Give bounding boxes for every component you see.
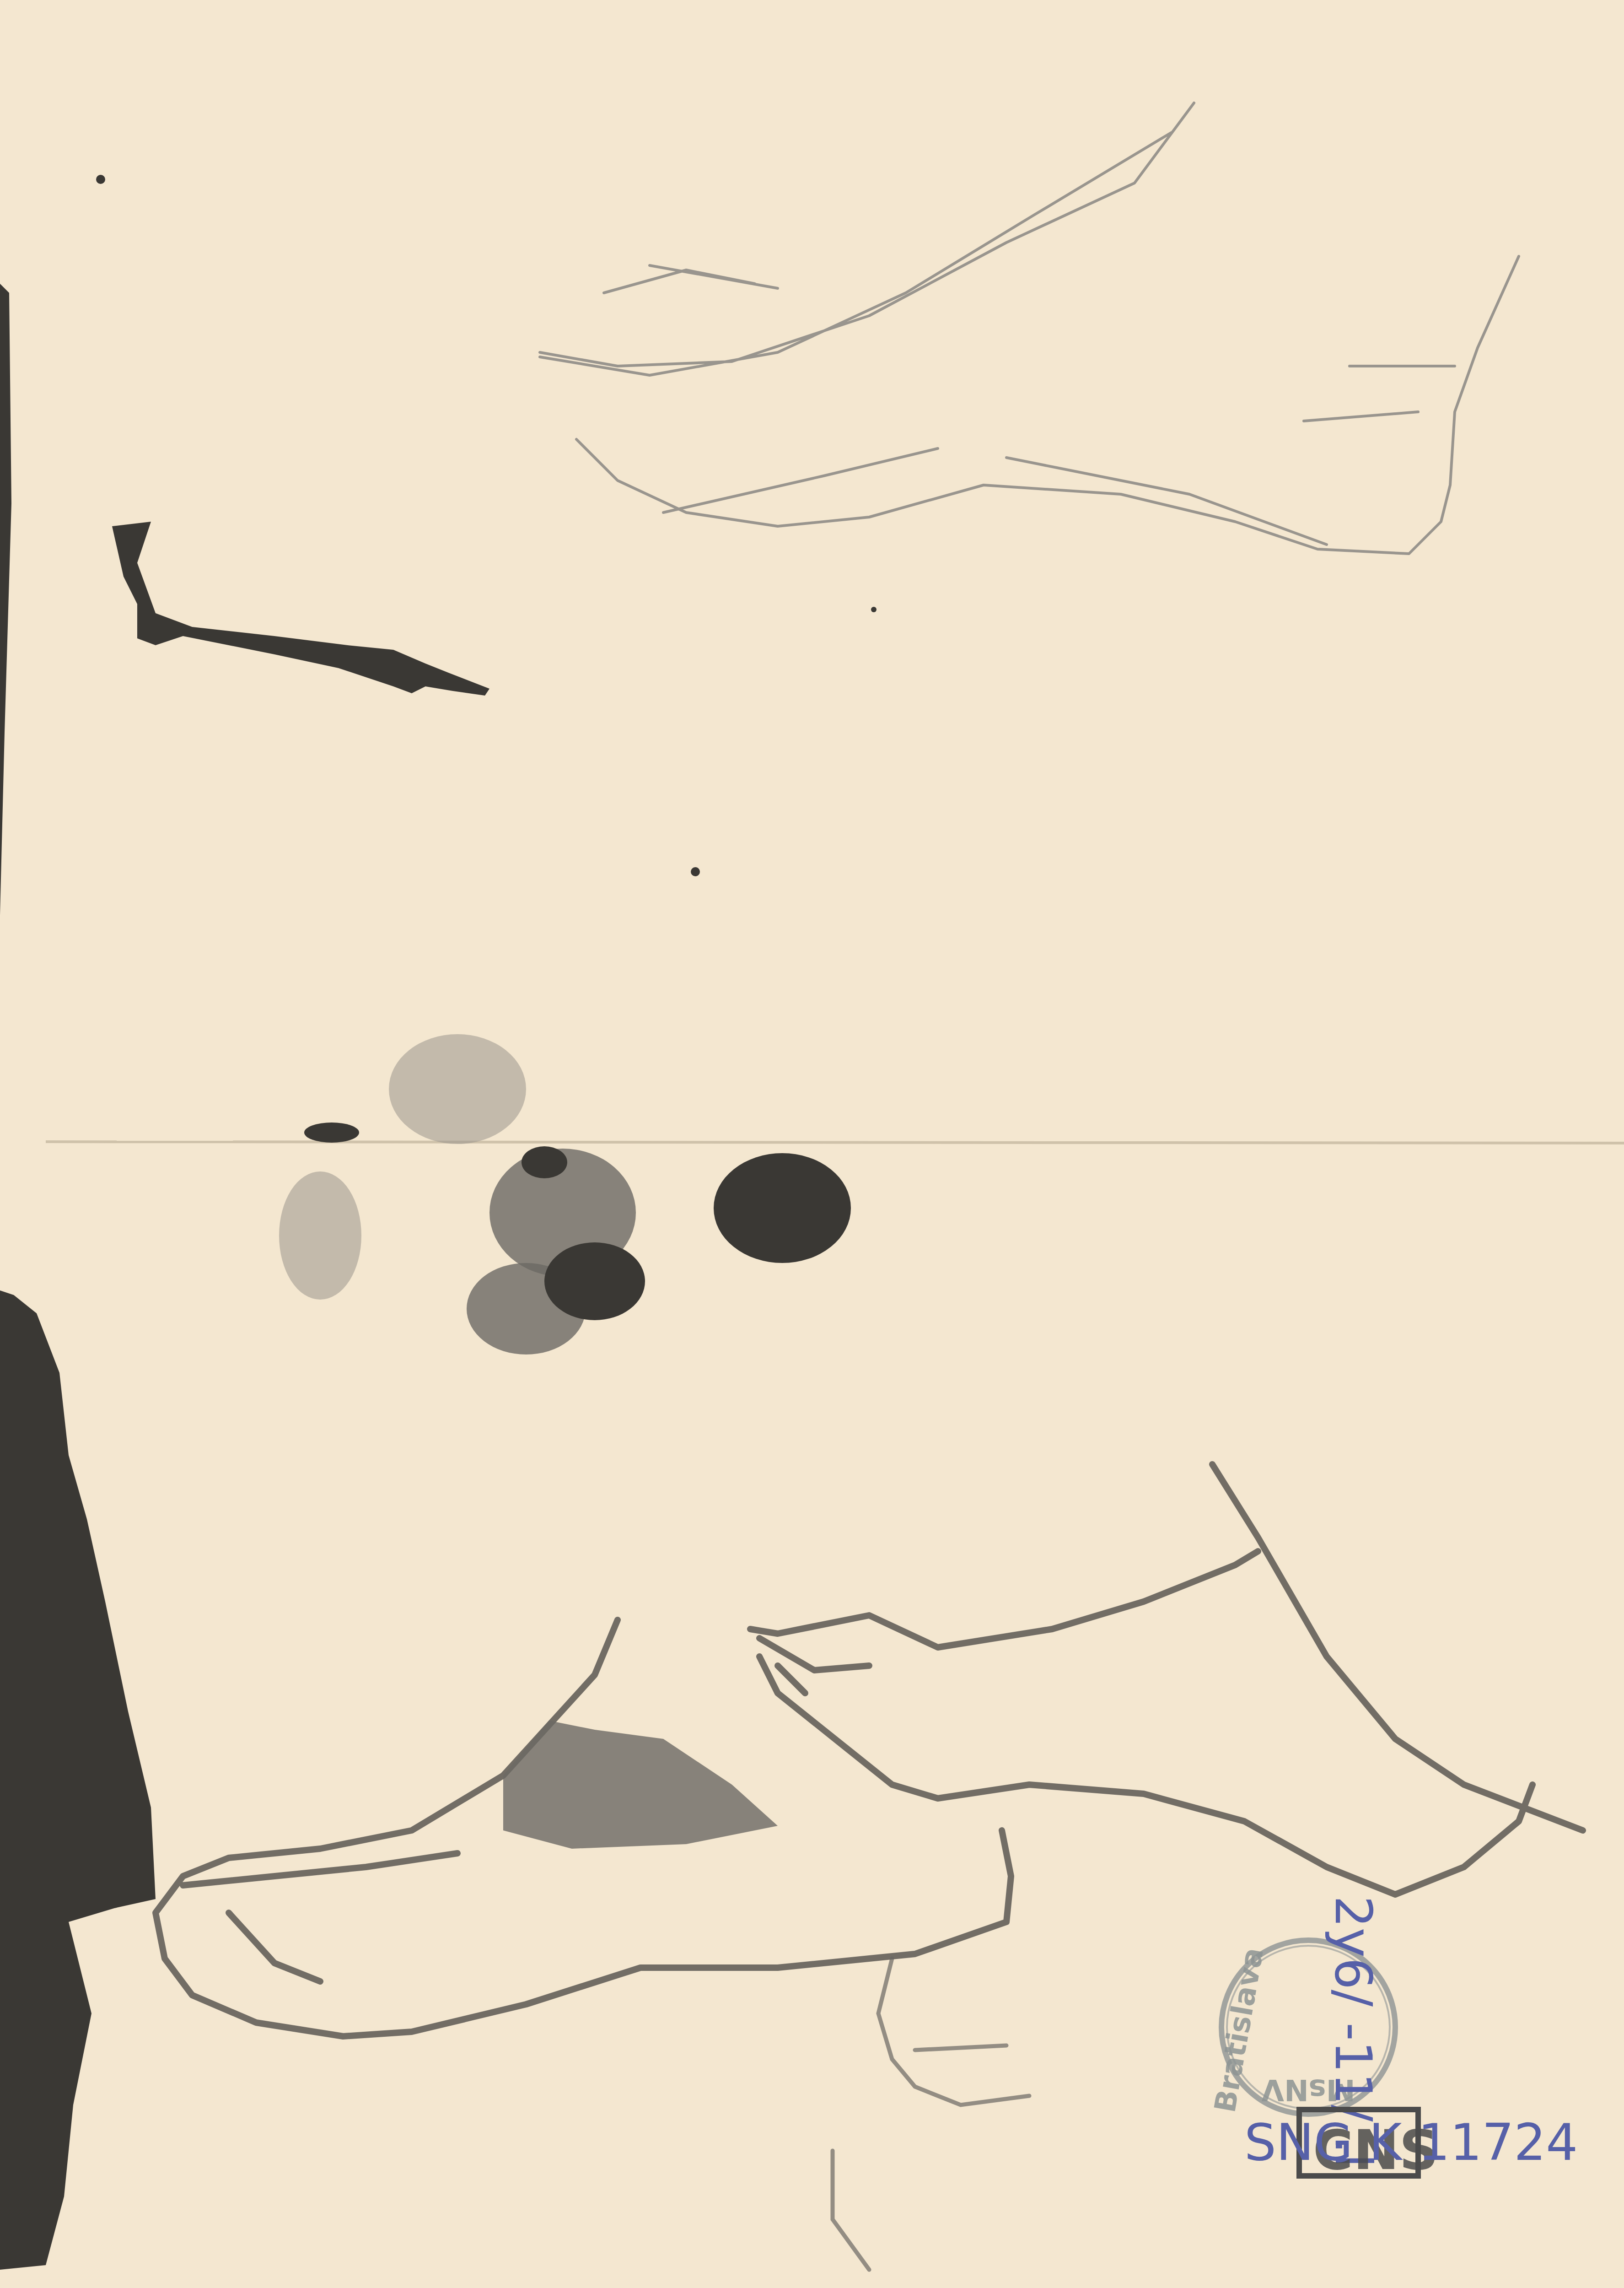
paper-fold [46,1142,1624,1143]
ink-mass-left [0,284,11,915]
ink-blot [544,1242,645,1320]
ink-dot [871,607,877,612]
artwork-canvas: MsNV Bratislava 2y6/ -11/ .l CNS SNG K 1… [0,0,1624,2288]
ink-dot [691,867,700,876]
brush-foot-right [750,1464,1583,1894]
inventory-number: SNG K 11724 [1244,2113,1578,2172]
ink-blot [714,1153,851,1263]
ink-blot [389,1034,526,1144]
ink-blot [304,1122,359,1143]
pencil-sketch-foot-lower [576,256,1519,554]
ink-blot [279,1171,361,1300]
brush-foot-bottom [833,1959,1029,2270]
ink-wash-ankle [503,1721,778,1849]
ink-blot [522,1146,567,1178]
ink-dot [96,175,105,184]
pencil-sketch-foot-upper [540,103,1194,375]
stamp-arc-text: Bratislava [1208,1945,1270,2115]
ink-stroke-upper [112,522,489,696]
ink-mass-lower-left [0,1290,156,2270]
